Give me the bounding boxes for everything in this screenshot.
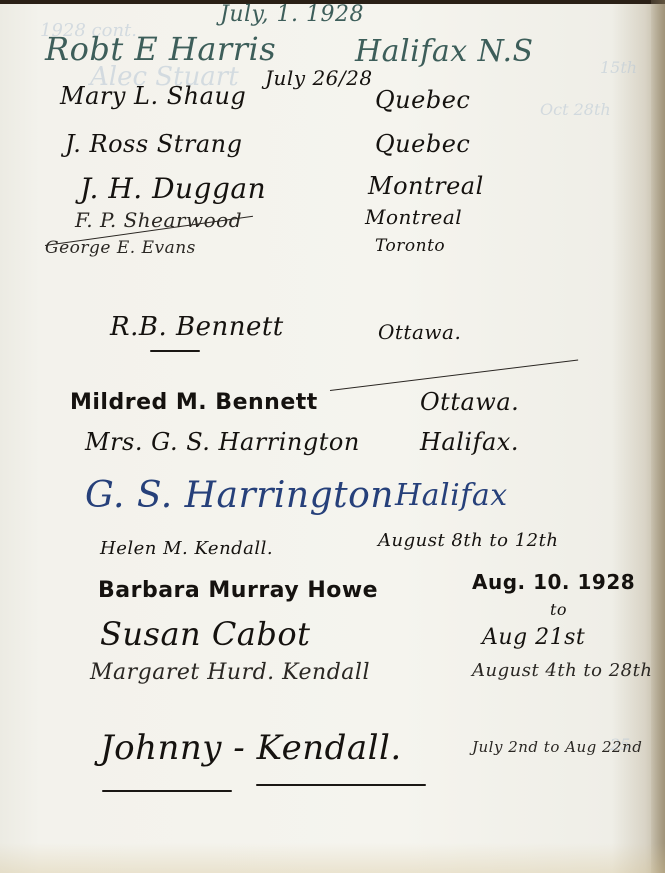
page-aging-tint — [0, 843, 665, 873]
entry-name: Mildred M. Bennett — [70, 390, 318, 415]
entry-name: Barbara Murray Howe — [98, 578, 378, 603]
entry-name: Susan Cabot — [100, 615, 310, 653]
entry-place: Quebec — [375, 130, 470, 158]
entry-name: Mary L. Shaug — [60, 82, 246, 110]
entry-name: Margaret Hurd. Kendall — [90, 660, 370, 685]
entry-date: July 26/28 — [265, 66, 373, 90]
entry-place: Ottawa. — [420, 388, 519, 416]
underline — [102, 790, 232, 792]
entry-name: J. H. Duggan — [80, 172, 266, 205]
entry-place: Toronto — [375, 236, 445, 256]
entry-place: Halifax N.S — [355, 34, 534, 69]
entry-date: July 2nd to Aug 22nd — [472, 738, 642, 756]
entry-date: August 8th to 12th — [378, 530, 558, 551]
entry-name: Johnny - Kendall. — [100, 728, 402, 768]
entry-name: Helen M. Kendall. — [100, 538, 273, 559]
bleed-through-text: Oct 28th — [540, 100, 611, 119]
entry-date: Aug 21st — [482, 625, 585, 650]
underline — [150, 350, 200, 352]
entry-name: R.B. Bennett — [110, 312, 284, 342]
header-date: July, 1. 1928 — [220, 2, 364, 27]
guestbook-page: 1928 cont. Alec Stuart 15th Oct 28th 25 … — [0, 0, 665, 873]
entry-date: Aug. 10. 1928 — [472, 570, 635, 594]
bleed-through-text: 15th — [600, 58, 637, 77]
entry-name: J. Ross Strang — [65, 130, 242, 158]
entry-place: Montreal — [365, 205, 462, 229]
entry-place: Montreal — [368, 172, 484, 200]
entry-place: Halifax — [395, 478, 508, 513]
entry-name: G. S. Harrington — [85, 475, 394, 516]
entry-date-prefix: to — [550, 600, 567, 619]
underline — [256, 784, 426, 786]
entry-name: Robt E Harris — [45, 30, 276, 68]
entry-place: Quebec — [375, 86, 470, 114]
entry-place: Halifax. — [420, 428, 519, 456]
entry-name: Mrs. G. S. Harrington — [85, 428, 360, 456]
entry-place: Ottawa. — [378, 320, 461, 344]
page-gutter-shadow — [651, 0, 665, 873]
pen-stroke — [330, 360, 578, 391]
entry-date: August 4th to 28th — [472, 660, 652, 681]
